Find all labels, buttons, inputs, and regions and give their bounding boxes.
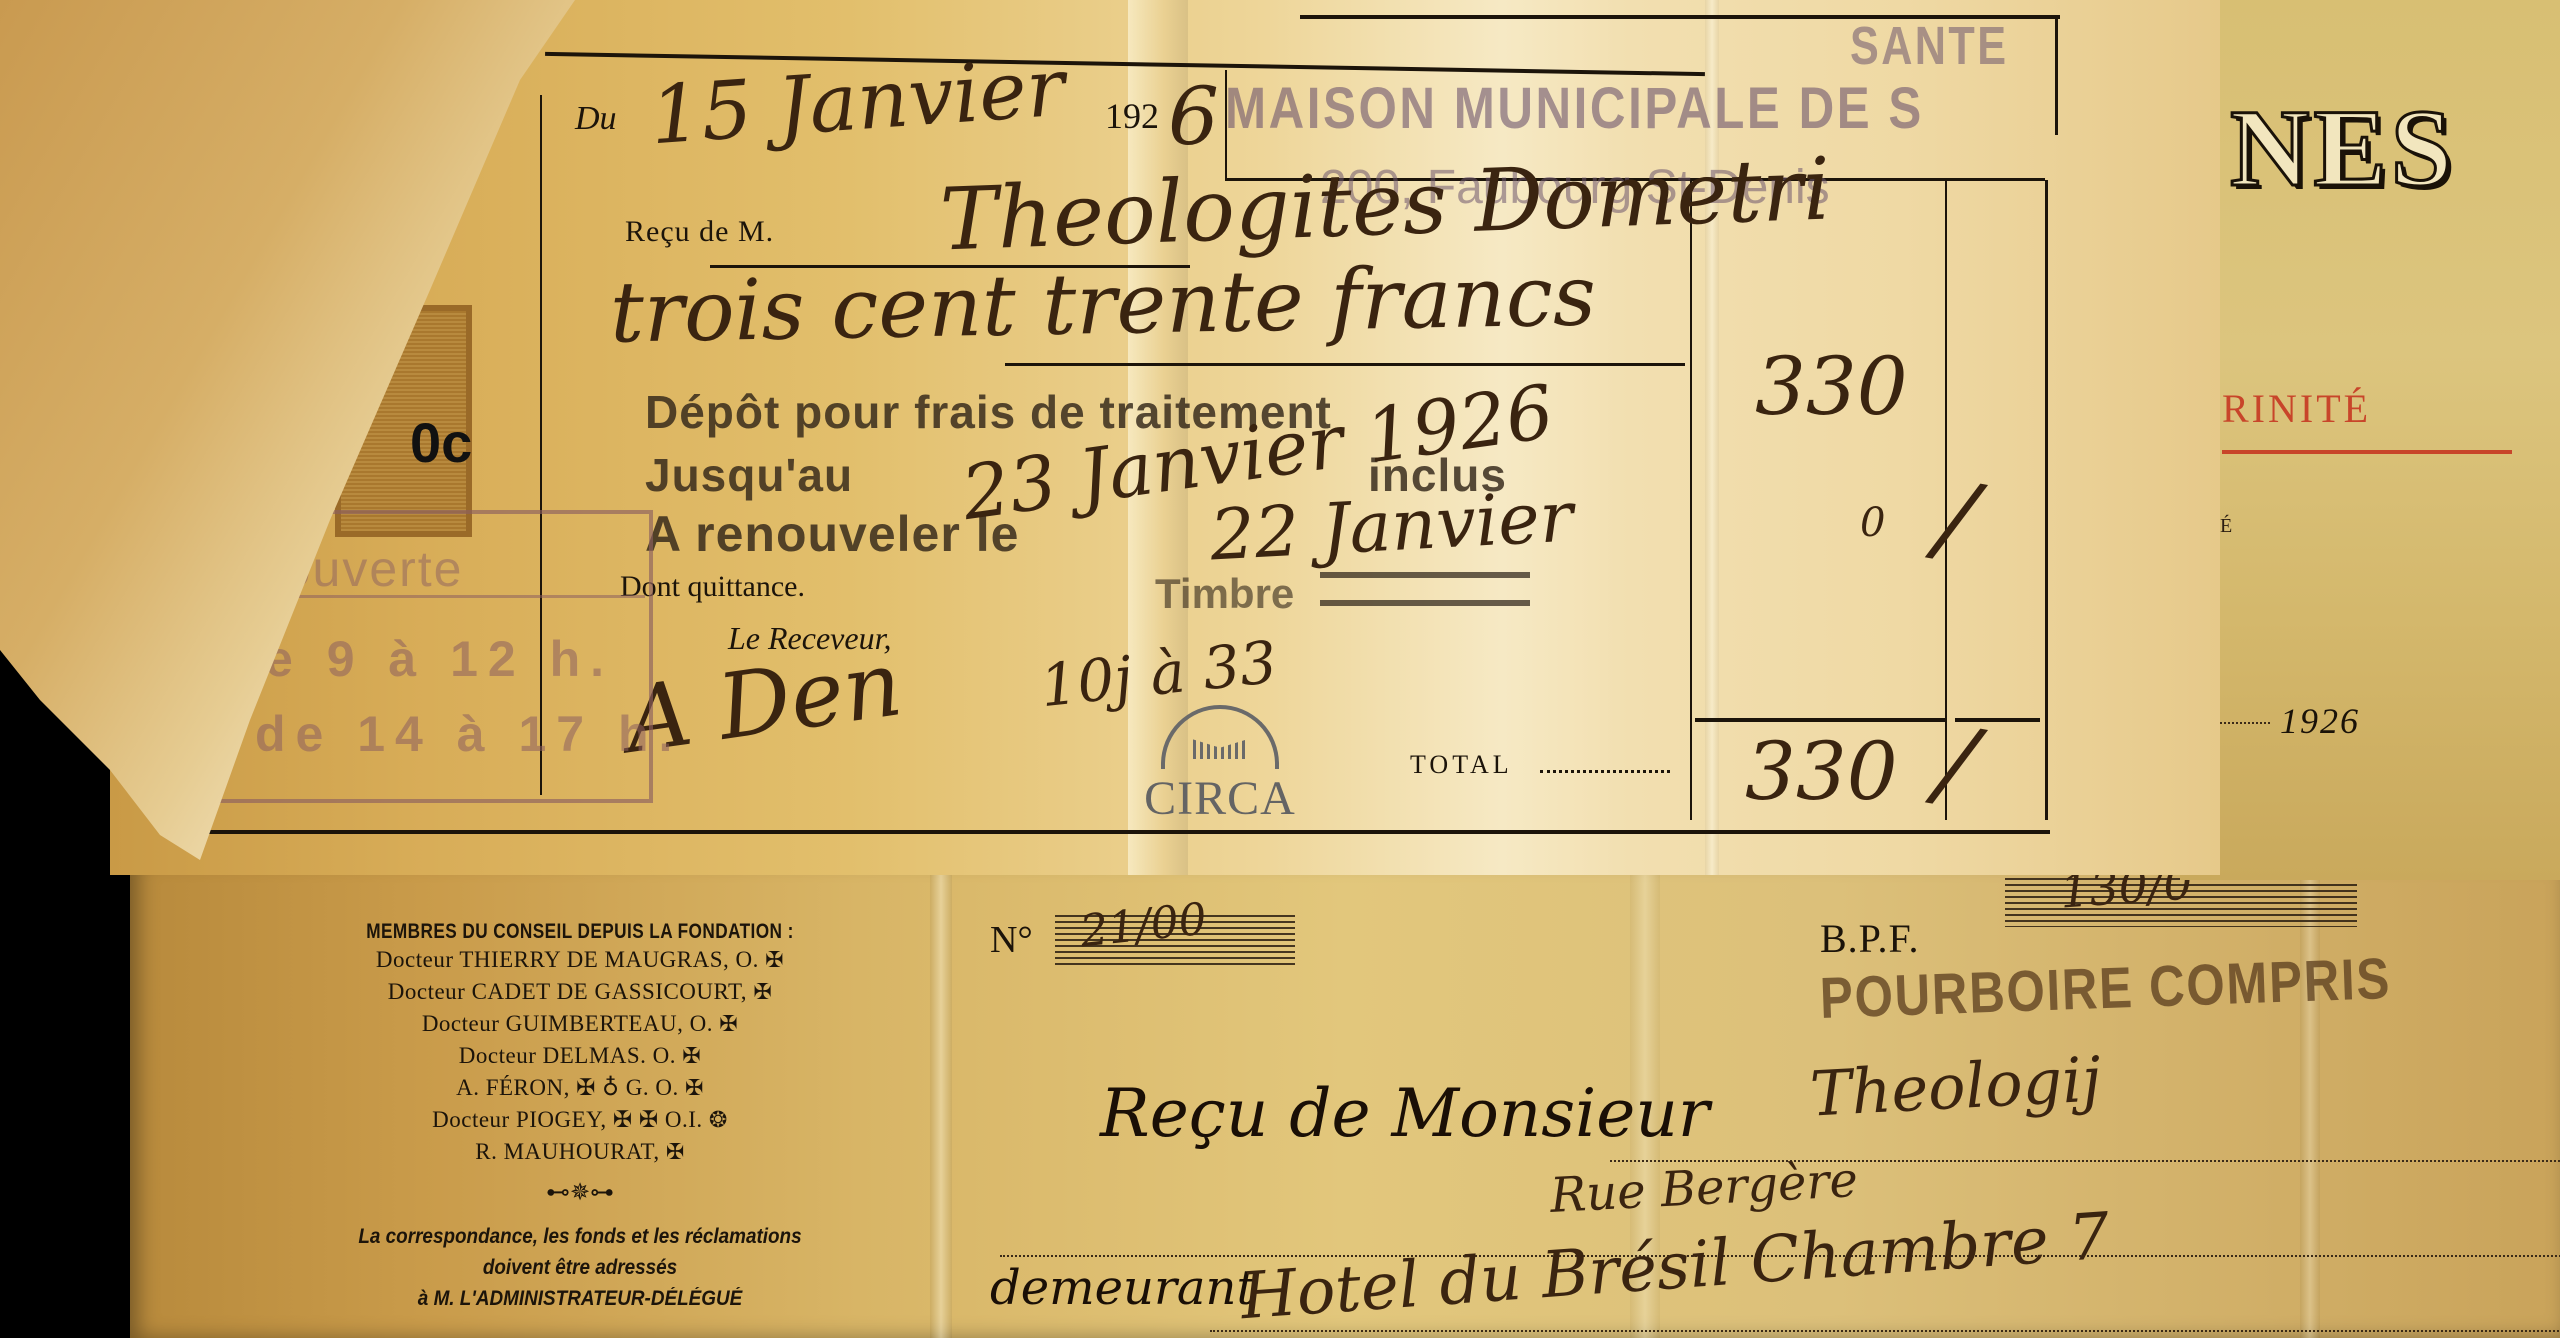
- watermark-brand: CIRCA: [1130, 771, 1310, 826]
- jusqu-stamp: Jusqu'au: [645, 448, 853, 502]
- year-label: 1926: [2280, 700, 2360, 742]
- council-members-block: MEMBRES DU CONSEIL DEPUIS LA FONDATION :…: [220, 920, 940, 1314]
- book-icon: [1193, 731, 1247, 759]
- year-hand: 6: [1168, 70, 1219, 163]
- member-row: Docteur CADET DE GASSICOURT, ✠: [220, 976, 940, 1008]
- cancel-bars: [1320, 560, 1530, 620]
- legion-cross-icon: ✠: [753, 979, 772, 1004]
- legion-cross-icon: ✠: [682, 1043, 701, 1068]
- correspondence-note: doivent être adressés: [256, 1252, 904, 1283]
- member-row: R. MAUHOURAT, ✠: [220, 1136, 940, 1168]
- subtitle-fragment: RINITÉ: [2222, 385, 2371, 432]
- dotted-rule: [1210, 1330, 2560, 1332]
- ruled-line: [2045, 180, 2048, 820]
- dark-background: [0, 870, 140, 1338]
- address-value: Rue Bergère: [1549, 1152, 1859, 1224]
- bpf-label: B.P.F.: [1820, 915, 1920, 962]
- amount-line1: 330: [1755, 340, 1908, 433]
- year-print: 192: [1105, 95, 1159, 137]
- sante-stamp: SANTE: [1850, 15, 2008, 77]
- bottom-receipt-document: MEMBRES DU CONSEIL DEPUIS LA FONDATION :…: [130, 860, 2560, 1338]
- payer-name: Theologij: [1808, 1042, 2103, 1130]
- open-book-arch-icon: [1161, 705, 1279, 769]
- renouveler-stamp: A renouveler le: [645, 505, 1019, 563]
- member-row: Docteur GUIMBERTEAU, O. ✠: [220, 1008, 940, 1040]
- demeurant-label: demeurant: [990, 1260, 1256, 1316]
- hours-morning: e 9 à 12 h.: [265, 630, 614, 688]
- dotted-rule: [1540, 770, 1670, 773]
- recu-de-monsieur: Reçu de Monsieur: [1100, 1075, 1709, 1152]
- watermark-logo: CIRCA: [1130, 705, 1310, 826]
- legion-cross-icon: ✠: [666, 1139, 685, 1164]
- member-row: Docteur THIERRY DE MAUGRAS, O. ✠: [220, 944, 940, 976]
- ruled-line: [2055, 15, 2058, 135]
- timbre-stamp: Timbre: [1155, 570, 1294, 618]
- amount-in-words: trois cent trente francs: [609, 246, 1596, 361]
- number-label: N°: [990, 918, 1033, 962]
- recu-de-label: Reçu de M.: [625, 215, 774, 249]
- text-fragment: É: [2220, 515, 2232, 538]
- legion-cross-icon: ✠: [765, 947, 784, 972]
- maison-stamp: MAISON MUNICIPALE DE S: [1225, 75, 1924, 142]
- legion-cross-icon: ✠: [719, 1011, 738, 1036]
- red-rule: [2222, 450, 2512, 454]
- members-header: MEMBRES DU CONSEIL DEPUIS LA FONDATION :: [285, 920, 875, 944]
- member-row: A. FÉRON, ✠ ♁ G. O. ✠: [220, 1072, 940, 1104]
- palm-wreath-icon: ❂: [709, 1107, 728, 1132]
- ruled-line: [180, 830, 2050, 834]
- amount-total: 330: [1745, 725, 1898, 818]
- paper-fold: [2300, 860, 2320, 1338]
- member-row: Docteur DELMAS. O. ✠: [220, 1040, 940, 1072]
- fiscal-stamp-value: 0c: [410, 410, 472, 475]
- member-row: Docteur PIOGEY, ✠ ✠ O.I. ❂: [220, 1104, 940, 1136]
- hours-afternoon: de 14 à 17 h.: [255, 705, 682, 763]
- correspondence-note: à M. L'ADMINISTRATEUR-DÉLÉGUÉ: [256, 1283, 904, 1314]
- title-fragment: NES: [2230, 85, 2456, 212]
- ruled-line: [1690, 180, 1692, 820]
- correspondence-note: La correspondance, les fonds et les récl…: [256, 1221, 904, 1252]
- ruled-line: [1005, 363, 1685, 366]
- ruled-line: [1695, 718, 1945, 722]
- du-label: Du: [575, 100, 617, 138]
- dotted-rule: [2220, 722, 2270, 724]
- hotel-value: Hotel du Brésil Chambre 7: [1238, 1200, 2111, 1335]
- legion-cross-icon: ✠: [685, 1075, 704, 1100]
- ornament-divider-icon: ⊷✵⊶: [220, 1178, 940, 1207]
- amount-line2: 0: [1860, 500, 1885, 546]
- total-label: TOTAL: [1410, 750, 1513, 780]
